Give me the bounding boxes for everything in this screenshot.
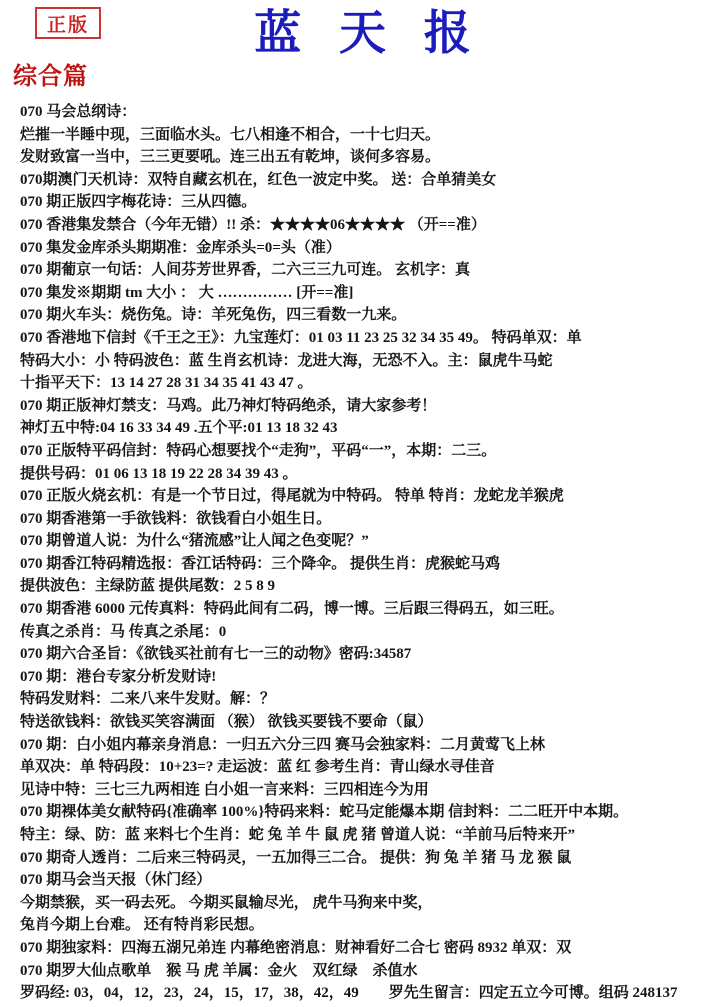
report-line: 070 集发金库杀头期期准：金库杀头=0=头（准）	[20, 237, 721, 260]
report-line: 十指平天下：13 14 27 28 31 34 35 41 43 47 。	[20, 372, 721, 395]
report-line: 070 期香港 6000 元传真料：特码此间有二码，博一博。三后跟三得码五，如三…	[20, 598, 721, 621]
report-line: 070 集发※期期 tm 大小 ： 大 …………… [开==准]	[20, 282, 721, 305]
report-line: 070 期香港第一手欲钱料：欲钱看白小姐生日。	[20, 508, 721, 531]
report-line: 070 期裸体美女献特码{准确率 100%}特码来料：蛇马定能爆本期 信封料：二…	[20, 801, 721, 824]
report-line: 特送欲钱料：欲钱买笑容满面 （猴） 欲钱买要钱不要命（鼠）	[20, 711, 721, 734]
report-line: 070 期正版神灯禁支：马鸡。此乃神灯特码绝杀，请大家参考！	[20, 395, 721, 418]
report-line: 提供波色：主绿防蓝 提供尾数：2 5 8 9	[20, 575, 721, 598]
report-line: 070 期：港台专家分析发财诗!	[20, 666, 721, 689]
report-line: 070 正版特平码信封：特码心想要找个“走狗”，平码“一”，本期：二三。	[20, 440, 721, 463]
report-line: 070 期正版四字梅花诗：三从四德。	[20, 191, 721, 214]
report-line: 发财致富一当中，三三更要吼。连三出五有乾坤，谈何多容易。	[20, 146, 721, 169]
report-line: 070 期六合圣旨：《欲钱买社前有七一三的动物》密码:34587	[20, 643, 721, 666]
report-line: 特码大小：小 特码波色：蓝 生肖玄机诗：龙进大海，无恐不入。主：鼠虎牛马蛇	[20, 350, 721, 373]
report-line: 兔肖今期上台难。 还有特肖彩民想。	[20, 914, 721, 937]
report-line: 070期澳门天机诗：双特自藏玄机在，红色一波定中奖。 送：合单猜美女	[20, 169, 721, 192]
report-line: 传真之杀肖：马 传真之杀尾：0	[20, 621, 721, 644]
section-heading: 综合篇	[13, 56, 88, 91]
newspaper-page: 正版 蓝 天 报 综合篇 070 马会总纲诗：烂摧一半睡中现，三面临水头。七八相…	[0, 0, 725, 1007]
report-line: 070 马会总纲诗：	[20, 101, 721, 124]
report-line: 070 期曾道人说：为什么“猪流感”让人闻之色变呢？”	[20, 530, 721, 553]
page-title: 蓝 天 报	[0, 0, 725, 63]
report-line: 提供号码：01 06 13 18 19 22 28 34 39 43 。	[20, 463, 721, 486]
report-line: 今期禁猴，买一码去死。 今期买鼠输尽光， 虎牛马狗来中奖，	[20, 892, 721, 915]
report-line: 070 期奇人透肖：二后来三特码灵，一五加得三二合。 提供：狗 兔 羊 猪 马 …	[20, 847, 721, 870]
report-line: 070 期罗大仙点歌单 猴 马 虎 羊属：金火 双红绿 杀值水	[20, 960, 721, 983]
report-line: 特码发财料：二来八来牛发财。解：？	[20, 688, 721, 711]
report-lines: 070 马会总纲诗：烂摧一半睡中现，三面临水头。七八相逢不相合，一十七归天。发财…	[20, 101, 721, 1005]
report-line: 单双决：单 特码段：10+23=? 走运波：蓝 红 参考生肖：青山绿水寻佳音	[20, 756, 721, 779]
report-line: 烂摧一半睡中现，三面临水头。七八相逢不相合，一十七归天。	[20, 124, 721, 147]
report-line: 070 期香江特码精选报：香江话特码：三个降伞。 提供生肖：虎猴蛇马鸡	[20, 553, 721, 576]
report-line: 特主：绿、防：蓝 来料七个生肖：蛇 兔 羊 牛 鼠 虎 猪 曾道人说：“羊前马后…	[20, 824, 721, 847]
report-line: 070 期葡京一句话：人间芬芳世界香，二六三三九可连。 玄机字：真	[20, 259, 721, 282]
report-line: 070 期：白小姐内幕亲身消息：一归五六分三四 赛马会独家料：二月黄莺飞上林	[20, 734, 721, 757]
report-line: 罗码经: 03，04，12，23，24，15，17，38，42，49 罗先生留言…	[20, 982, 721, 1005]
report-line: 神灯五中特:04 16 33 34 49 .五个平:01 13 18 32 43	[20, 417, 721, 440]
report-line: 070 期独家料：四海五湖兄弟连 内幕绝密消息：财神看好二合七 密码 8932 …	[20, 937, 721, 960]
report-line: 070 正版火烧玄机：有是一个节日过，得尾就为中特码。 特单 特肖：龙蛇龙羊猴虎	[20, 485, 721, 508]
report-line: 070 香港集发禁合（今年无错）!! 杀：★★★★06★★★★ （开==准）	[20, 214, 721, 237]
report-line: 见诗中特：三七三九两相连 白小姐一言来料：三四相连今为用	[20, 779, 721, 802]
report-line: 070 香港地下信封《千王之王》：九宝莲灯：01 03 11 23 25 32 …	[20, 327, 721, 350]
report-line: 070 期火车头：烧伤兔。诗：羊死兔伤，四三看数一九来。	[20, 304, 721, 327]
report-line: 070 期马会当天报（休门经）	[20, 869, 721, 892]
